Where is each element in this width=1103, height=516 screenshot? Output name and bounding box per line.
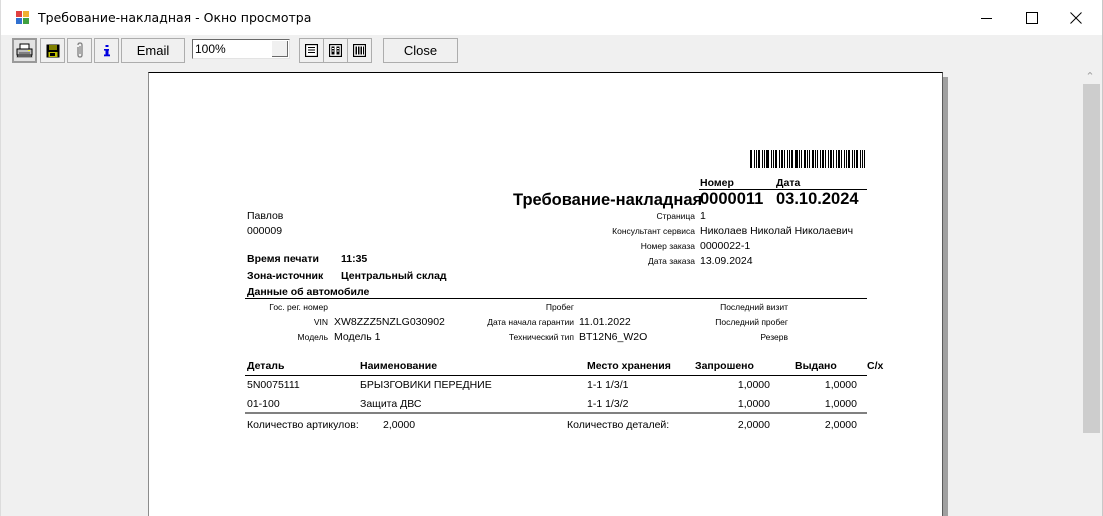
col-location: Место хранения — [587, 361, 671, 372]
col-requested: Запрошено — [695, 361, 754, 372]
number-label: Номер — [700, 178, 734, 189]
paperclip-icon — [75, 42, 85, 59]
reserve-label: Резерв — [760, 333, 788, 342]
col-issued: Выдано — [795, 361, 837, 372]
print-time-value: 11:35 — [341, 254, 367, 265]
zoom-combobox[interactable]: 100% — [192, 39, 290, 59]
articles-total-value: 2,0000 — [383, 420, 415, 431]
date-label: Дата — [776, 178, 800, 189]
row1-issued: 1,0000 — [825, 380, 857, 391]
row2-location: 1-1 1/3/2 — [587, 399, 628, 410]
app-icon — [16, 11, 29, 24]
order-number-label: Номер заказа — [641, 242, 695, 251]
order-number-value: 0000022-1 — [700, 241, 750, 252]
consultant-label: Консультант сервиса — [612, 227, 695, 236]
print-time-label: Время печати — [247, 254, 319, 265]
maximize-button[interactable] — [1008, 0, 1054, 35]
tech-type-label: Технический тип — [509, 333, 574, 342]
table-footer-rule — [245, 412, 867, 414]
printer-icon — [16, 43, 33, 58]
close-button[interactable]: Close — [383, 38, 458, 63]
multi-page-icon — [353, 44, 366, 57]
table-header-rule — [245, 375, 867, 376]
vehicle-rule — [245, 298, 867, 299]
vin-label: VIN — [314, 318, 328, 327]
minimize-button[interactable] — [963, 0, 1009, 35]
two-page-view-button[interactable] — [323, 38, 348, 63]
barcode — [750, 150, 867, 168]
info-icon — [103, 45, 111, 57]
document-date: 03.10.2024 — [776, 191, 859, 208]
info-button[interactable] — [94, 38, 119, 63]
row1-location: 1-1 1/3/1 — [587, 380, 628, 391]
multi-page-view-button[interactable] — [347, 38, 372, 63]
col-name: Наименование — [360, 361, 437, 372]
row2-requested: 1,0000 — [738, 399, 770, 410]
client-name: Павлов — [247, 211, 283, 222]
warranty-label: Дата начала гарантии — [487, 318, 574, 327]
zoom-value: 100% — [195, 42, 226, 56]
close-icon — [1070, 12, 1082, 24]
source-zone-value: Центральный склад — [341, 271, 447, 282]
single-page-view-button[interactable] — [299, 38, 324, 63]
print-button[interactable] — [12, 38, 37, 63]
row2-part: 01-100 — [247, 399, 280, 410]
tech-type-value: BT12N6_W2O — [579, 332, 647, 343]
row2-name: Защита ДВС — [360, 399, 421, 410]
warranty-value: 11.01.2022 — [579, 317, 631, 328]
row1-requested: 1,0000 — [738, 380, 770, 391]
model-label: Модель — [297, 333, 328, 342]
last-mileage-label: Последний пробег — [715, 318, 788, 327]
client-code: 000009 — [247, 226, 282, 237]
requested-total-value: 2,0000 — [738, 420, 770, 431]
vin-value: XW8ZZZ5NZLG030902 — [334, 317, 445, 328]
window-title: Требование-накладная - Окно просмотра — [38, 10, 311, 25]
order-date-label: Дата заказа — [648, 257, 695, 266]
email-button[interactable]: Email — [121, 38, 185, 63]
scroll-up-arrow-icon[interactable]: ⌃ — [1081, 67, 1099, 84]
page-value: 1 — [700, 211, 706, 222]
row1-part: 5N0075111 — [247, 380, 300, 391]
row1-name: БРЫЗГОВИКИ ПЕРЕДНИЕ — [360, 380, 492, 391]
toolbar: Email 100% — [1, 35, 1102, 67]
last-visit-label: Последний визит — [720, 303, 788, 312]
scroll-thumb[interactable] — [1083, 84, 1100, 433]
page-label: Страница — [656, 212, 695, 221]
issued-total-value: 2,0000 — [825, 420, 857, 431]
order-date-value: 13.09.2024 — [700, 256, 753, 267]
col-part: Деталь — [247, 361, 284, 372]
articles-total-label: Количество артикулов: — [247, 420, 359, 431]
consultant-value: Николаев Николай Николаевич — [700, 226, 853, 237]
plate-label: Гос. рег. номер — [269, 303, 328, 312]
source-zone-label: Зона-источник — [247, 271, 323, 282]
zoom-dropdown-button[interactable] — [272, 41, 288, 57]
document-title: Требование-накладная — [513, 192, 702, 209]
vertical-scrollbar[interactable]: ⌃ — [1081, 67, 1099, 516]
title-bar: Требование-накладная - Окно просмотра — [1, 0, 1102, 35]
col-sh: С/х — [867, 361, 883, 372]
two-page-icon — [329, 44, 342, 57]
close-window-button[interactable] — [1053, 0, 1099, 35]
document-number: 0000011 — [700, 191, 763, 208]
report-preview-window: Требование-накладная - Окно просмотра — [0, 0, 1103, 516]
vehicle-section-title: Данные об автомобиле — [247, 287, 369, 298]
model-value: Модель 1 — [334, 332, 380, 343]
single-page-icon — [305, 44, 318, 57]
save-button[interactable] — [40, 38, 65, 63]
parts-total-label: Количество деталей: — [567, 420, 669, 431]
attach-button[interactable] — [67, 38, 92, 63]
floppy-disk-icon — [46, 44, 60, 58]
row2-issued: 1,0000 — [825, 399, 857, 410]
mileage-label: Пробег — [546, 303, 574, 312]
